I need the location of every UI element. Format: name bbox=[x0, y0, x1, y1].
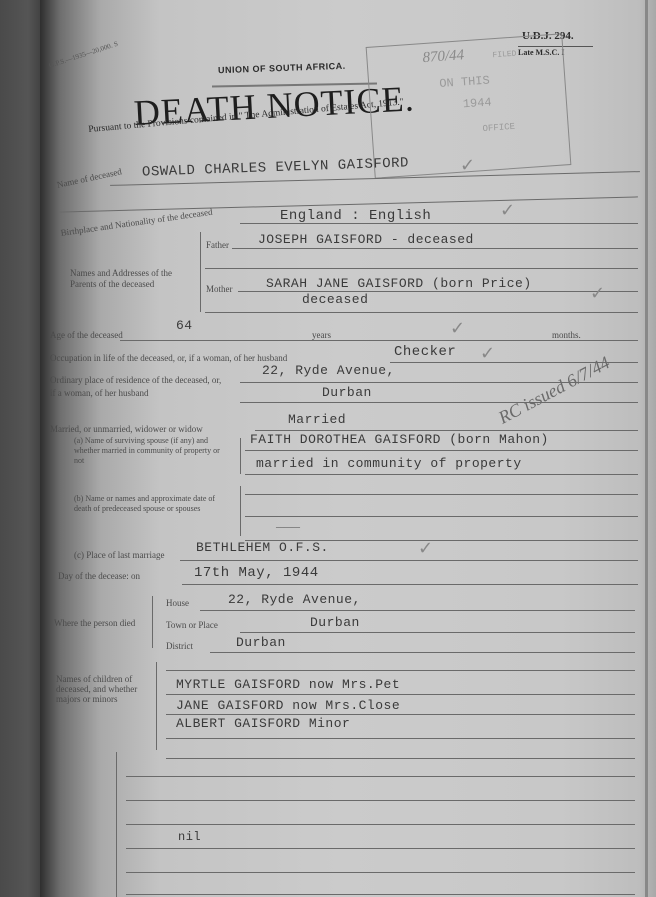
death-place-brace bbox=[152, 596, 153, 648]
check-mark: ✓ bbox=[450, 318, 465, 339]
occupation-value: Checker bbox=[394, 344, 456, 360]
town-label: Town or Place bbox=[166, 620, 218, 630]
spouse-label: (a) Name of surviving spouse (if any) an… bbox=[74, 436, 230, 466]
death-place-label: Where the person died bbox=[54, 618, 135, 628]
children-rule-3 bbox=[166, 714, 635, 715]
death-notice-page: G.P.S.—1935—20,000. S U.D.J. 294. Late M… bbox=[40, 0, 656, 897]
age-years-label: years bbox=[312, 330, 331, 340]
name-label: Name of deceased bbox=[56, 166, 123, 189]
spouse-line1: FAITH DOROTHEA GAISFORD (born Mahon) bbox=[250, 432, 549, 447]
birthplace-value: England : English bbox=[280, 208, 431, 224]
district-rule bbox=[210, 652, 635, 653]
child-3: ALBERT GAISFORD Minor bbox=[176, 716, 350, 731]
name-value: OSWALD CHARLES EVELYN GAISFORD bbox=[142, 155, 409, 180]
death-day-rule bbox=[182, 584, 638, 585]
marriage-place-label: (c) Place of last marriage bbox=[74, 550, 164, 560]
check-mark: ✓ bbox=[480, 343, 495, 364]
children-label: Names of children of deceased, and wheth… bbox=[56, 674, 146, 704]
marital-rule bbox=[255, 430, 638, 431]
children-rule-5 bbox=[166, 758, 635, 759]
occupation-label: Occupation in life of the deceased, or, … bbox=[50, 353, 287, 363]
death-day-label: Day of the decease: on bbox=[58, 571, 140, 581]
predeceased-brace bbox=[240, 486, 241, 536]
mother-value-line2: deceased bbox=[302, 292, 368, 307]
spouse-rule-2 bbox=[245, 474, 638, 475]
mother-label: Mother bbox=[206, 284, 233, 294]
extra-rule-3 bbox=[126, 824, 635, 825]
age-years: 64 bbox=[176, 318, 193, 333]
spouse-brace bbox=[240, 438, 241, 474]
stamp-number: 870/44 bbox=[422, 47, 465, 67]
residence-line2: Durban bbox=[322, 385, 372, 400]
handwritten-annotation: RC issued 6/7/44 bbox=[495, 352, 613, 428]
age-rule bbox=[120, 340, 638, 341]
predeceased-rule-2 bbox=[245, 516, 638, 517]
parents-label: Names and Addresses of the Parents of th… bbox=[70, 268, 190, 290]
residence-label: Ordinary place of residence of the decea… bbox=[50, 374, 228, 400]
predeceased-value: ——— bbox=[276, 522, 300, 531]
house-label: House bbox=[166, 598, 189, 608]
death-day-value: 17th May, 1944 bbox=[194, 565, 319, 581]
predeceased-rule bbox=[245, 494, 638, 495]
extra-rule-2 bbox=[126, 800, 635, 801]
check-mark: ✓ bbox=[590, 283, 605, 304]
child-2: JANE GAISFORD now Mrs.Close bbox=[176, 698, 400, 713]
check-mark: ✓ bbox=[418, 538, 433, 559]
mother-rule-2 bbox=[205, 312, 638, 313]
age-label: Age of the deceased bbox=[50, 330, 123, 340]
marriage-place-value: BETHLEHEM O.F.S. bbox=[196, 540, 329, 555]
check-mark: ✓ bbox=[460, 155, 475, 176]
town-rule bbox=[240, 632, 635, 633]
residence-rule-2 bbox=[240, 402, 638, 403]
district-value: Durban bbox=[236, 635, 286, 650]
birthplace-rule bbox=[240, 223, 638, 224]
father-rule bbox=[232, 248, 638, 249]
marriage-place-rule bbox=[180, 560, 638, 561]
print-reference: G.P.S.—1935—20,000. S bbox=[48, 40, 119, 70]
town-value: Durban bbox=[310, 615, 360, 630]
extra-rule-5 bbox=[126, 872, 635, 873]
father-label: Father bbox=[206, 240, 229, 250]
stamp-line-filed: FILED bbox=[492, 50, 517, 61]
spouse-rule bbox=[245, 450, 638, 451]
children-rule-4 bbox=[166, 738, 635, 739]
marital-value: Married bbox=[288, 412, 346, 427]
page-edge bbox=[645, 0, 648, 897]
stamp-line-on-this: ON THIS bbox=[439, 73, 490, 90]
stamp-line-office: OFFICE bbox=[482, 122, 515, 134]
parents-brace bbox=[200, 232, 201, 312]
house-rule bbox=[200, 610, 635, 611]
district-label: District bbox=[166, 641, 193, 651]
extra-rule-6 bbox=[126, 894, 635, 895]
father-rule-2 bbox=[205, 268, 638, 269]
marital-label: Married, or unmarried, widower or widow bbox=[50, 424, 203, 434]
children-rule-2 bbox=[166, 694, 635, 695]
check-mark: ✓ bbox=[500, 200, 515, 221]
stamp-line-year: 1944 bbox=[462, 95, 492, 111]
children-rule bbox=[166, 670, 635, 671]
father-value: JOSEPH GAISFORD - deceased bbox=[258, 232, 474, 247]
house-value: 22, Ryde Avenue, bbox=[228, 592, 361, 607]
extra-rule-4 bbox=[126, 848, 635, 849]
age-months-label: months. bbox=[552, 330, 581, 340]
extra-brace bbox=[116, 752, 117, 897]
mother-rule bbox=[238, 291, 638, 292]
extra-value: nil bbox=[178, 830, 201, 844]
extra-rule bbox=[126, 776, 635, 777]
child-1: MYRTLE GAISFORD now Mrs.Pet bbox=[176, 677, 400, 692]
country-heading: UNION OF SOUTH AFRICA. bbox=[218, 61, 346, 75]
mother-value: SARAH JANE GAISFORD (born Price) bbox=[266, 276, 532, 291]
spouse-line2: married in community of property bbox=[256, 456, 522, 471]
predeceased-label: (b) Name or names and approximate date o… bbox=[74, 494, 230, 514]
children-brace bbox=[156, 662, 157, 750]
residence-line1: 22, Ryde Avenue, bbox=[262, 363, 395, 378]
